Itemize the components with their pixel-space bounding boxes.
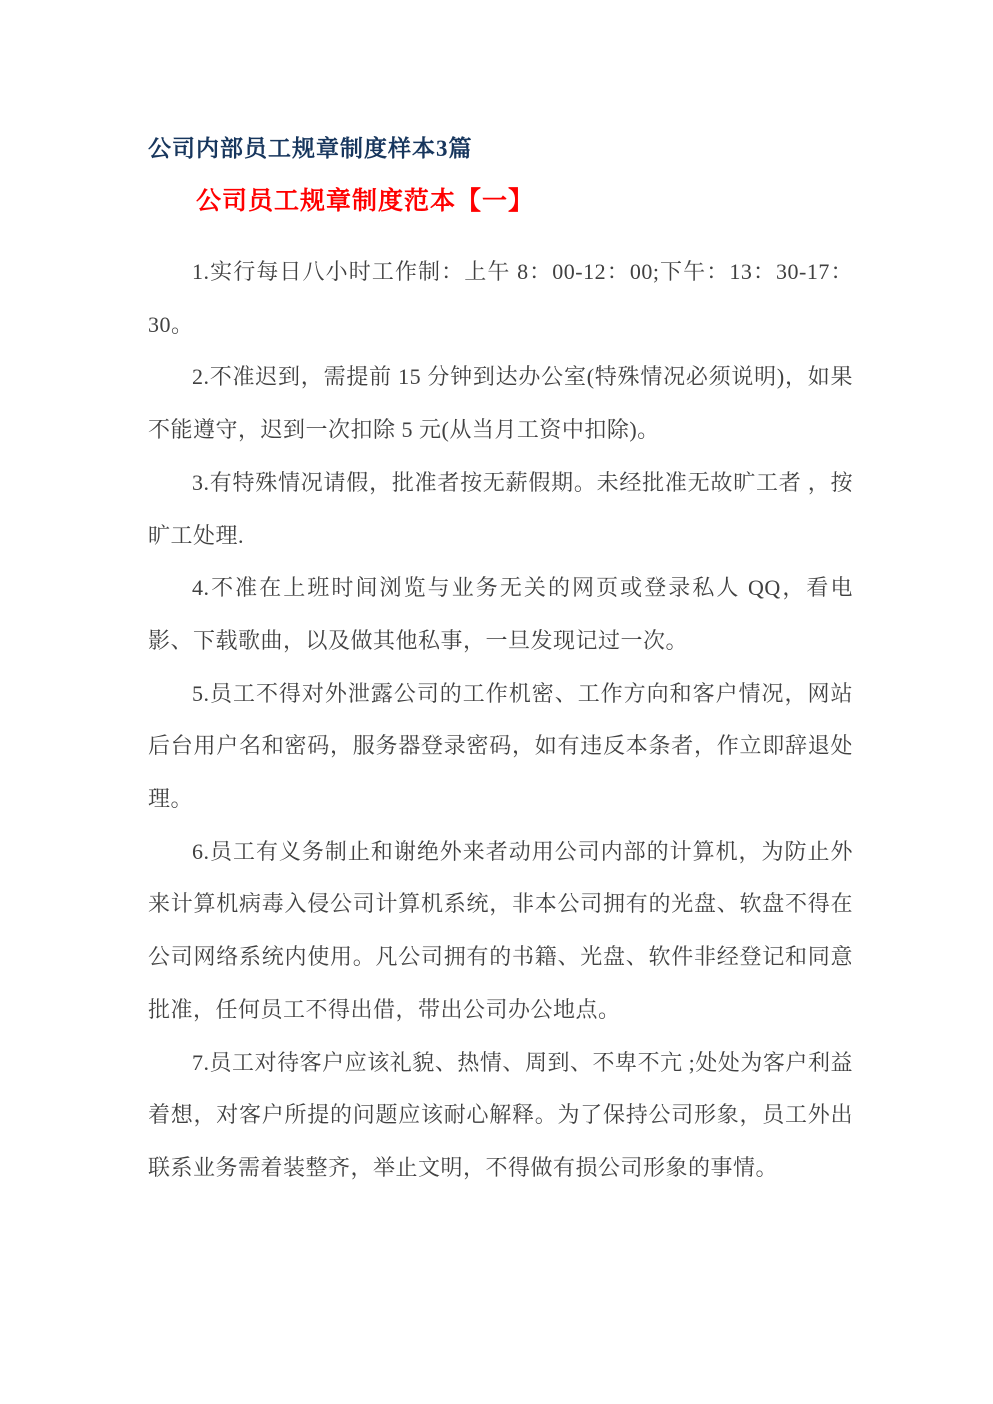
document-title: 公司内部员工规章制度样本3篇 [148,132,853,166]
document-body: 1.实行每日八小时工作制：上午 8：00-12：00;下午：13：30-17：3… [148,246,853,1195]
paragraph-rule-3: 3.有特殊情况请假，批准者按无薪假期。未经批准无故旷工者 ，按旷工处理. [148,457,853,562]
paragraph-rule-5: 5.员工不得对外泄露公司的工作机密、工作方向和客户情况，网站后台用户名和密码，服… [148,668,853,826]
paragraph-rule-1: 1.实行每日八小时工作制：上午 8：00-12：00;下午：13：30-17：3… [148,246,853,351]
paragraph-rule-2: 2.不准迟到，需提前 15 分钟到达办公室(特殊情况必须说明)，如果不能遵守，迟… [148,351,853,456]
section-heading: 公司员工规章制度范本【一】 [148,184,853,220]
document-page: 公司内部员工规章制度样本3篇 公司员工规章制度范本【一】 1.实行每日八小时工作… [0,0,993,1404]
paragraph-rule-7: 7.员工对待客户应该礼貌、热情、周到、不卑不亢 ;处处为客户利益着想，对客户所提… [148,1037,853,1195]
paragraph-rule-4: 4.不准在上班时间浏览与业务无关的网页或登录私人 QQ，看电影、下载歌曲，以及做… [148,562,853,667]
paragraph-rule-6: 6.员工有义务制止和谢绝外来者动用公司内部的计算机，为防止外来计算机病毒入侵公司… [148,826,853,1037]
